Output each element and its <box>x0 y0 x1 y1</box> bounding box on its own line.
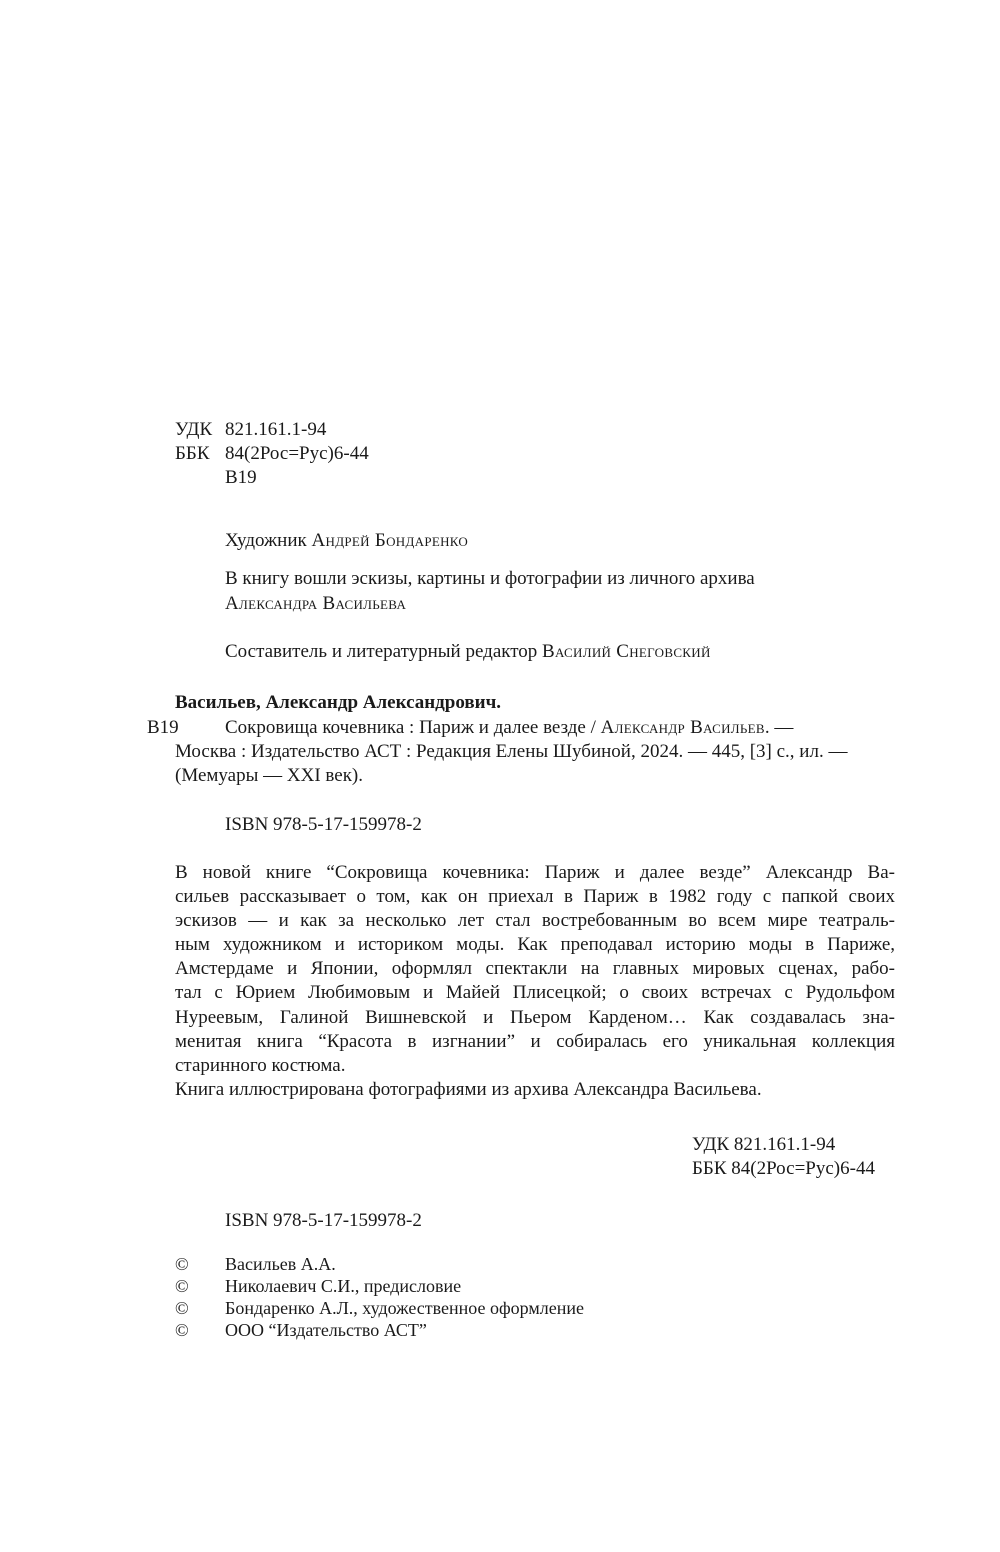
copyright-icon: © <box>175 1252 225 1274</box>
annotation-line: эскизов — и как за несколько лет стал во… <box>175 909 895 933</box>
annotation-line: В новой книге “Сокровища кочевника: Пари… <box>175 861 895 885</box>
annotation: В новой книге “Сокровища кочевника: Пари… <box>175 861 895 1102</box>
copyright-icon: © <box>175 1274 225 1296</box>
compiler-credit: Составитель и литературный редактор Васи… <box>225 640 711 664</box>
annotation-line: Амстердаме и Японии, оформлял спектакли … <box>175 957 895 981</box>
classification-block-top: УДК 821.161.1-94 ББК 84(2Рос=Рус)6-44 В1… <box>175 418 369 490</box>
isbn-bottom: ISBN 978-5-17-159978-2 <box>225 1209 422 1233</box>
author-code: В19 <box>147 716 179 740</box>
artist-name: Андрей Бондаренко <box>312 530 469 551</box>
copyright-icon: © <box>175 1318 225 1340</box>
annotation-line: Книга иллюстрирована фотографиями из арх… <box>175 1078 895 1102</box>
compiler-name: Василий Снеговский <box>542 641 711 662</box>
bib-title-line: Сокровища кочевника : Париж и далее везд… <box>225 716 793 740</box>
includes-note: В книгу вошли эскизы, картины и фотограф… <box>225 567 755 591</box>
isbn-top: ISBN 978-5-17-159978-2 <box>225 813 422 837</box>
bbk-bottom: ББК 84(2Рос=Рус)6-44 <box>692 1157 875 1181</box>
copyright-item: © Николаевич С.И., предисловие <box>175 1274 584 1296</box>
udk-label: УДК <box>175 418 225 442</box>
udk-bottom: УДК 821.161.1-94 <box>692 1133 875 1157</box>
copyright-icon: © <box>175 1296 225 1318</box>
copyright-holder: Николаевич С.И., предисловие <box>225 1274 461 1296</box>
bbk-value: 84(2Рос=Рус)6-44 <box>225 442 369 466</box>
copyright-list: © Васильев А.А. © Николаевич С.И., преди… <box>175 1252 584 1340</box>
copyright-holder: ООО “Издательство АСТ” <box>225 1318 427 1340</box>
includes-name: Александра Васильева <box>225 592 406 616</box>
artist-prefix: Художник <box>225 530 307 551</box>
bbk-label: ББК <box>175 442 225 466</box>
copyright-holder: Бондаренко А.Л., художественное оформлен… <box>225 1296 584 1318</box>
artist-credit: Художник Андрей Бондаренко <box>225 529 468 553</box>
annotation-line: тал с Юрием Любимовым и Майей Плисецкой;… <box>175 981 895 1005</box>
bib-author: Александр Васильев <box>601 717 765 738</box>
copyright-item: © Бондаренко А.Л., художественное оформл… <box>175 1296 584 1318</box>
bbk-row: ББК 84(2Рос=Рус)6-44 <box>175 442 369 466</box>
annotation-line: сильев рассказывает о том, как он приеха… <box>175 885 895 909</box>
bib-series-line: (Мемуары — XXI век). <box>175 764 363 788</box>
author-sign-value: В19 <box>225 466 257 490</box>
bib-publisher-line: Москва : Издательство АСТ : Редакция Еле… <box>175 740 847 764</box>
copyright-item: © ООО “Издательство АСТ” <box>175 1318 584 1340</box>
classification-block-bottom: УДК 821.161.1-94 ББК 84(2Рос=Рус)6-44 <box>692 1133 875 1181</box>
udk-value: 821.161.1-94 <box>225 418 326 442</box>
compiler-prefix: Составитель и литературный редактор <box>225 641 537 662</box>
udk-row: УДК 821.161.1-94 <box>175 418 369 442</box>
annotation-line: ным художником и историком моды. Как пре… <box>175 933 895 957</box>
bib-title: Сокровища кочевника : Париж и далее везд… <box>225 717 601 738</box>
author-sign-row: В19 <box>175 466 369 490</box>
annotation-line: менитая книга “Красота в изгнании” и соб… <box>175 1030 895 1054</box>
copyright-holder: Васильев А.А. <box>225 1252 336 1274</box>
annotation-line: Нуреевым, Галиной Вишневской и Пьером Ка… <box>175 1006 895 1030</box>
author-sign-label <box>175 466 225 490</box>
author-heading: Васильев, Александр Александрович. <box>175 691 501 715</box>
annotation-line: старинного костюма. <box>175 1054 895 1078</box>
bib-title-tail: . — <box>765 717 794 738</box>
copyright-item: © Васильев А.А. <box>175 1252 584 1274</box>
